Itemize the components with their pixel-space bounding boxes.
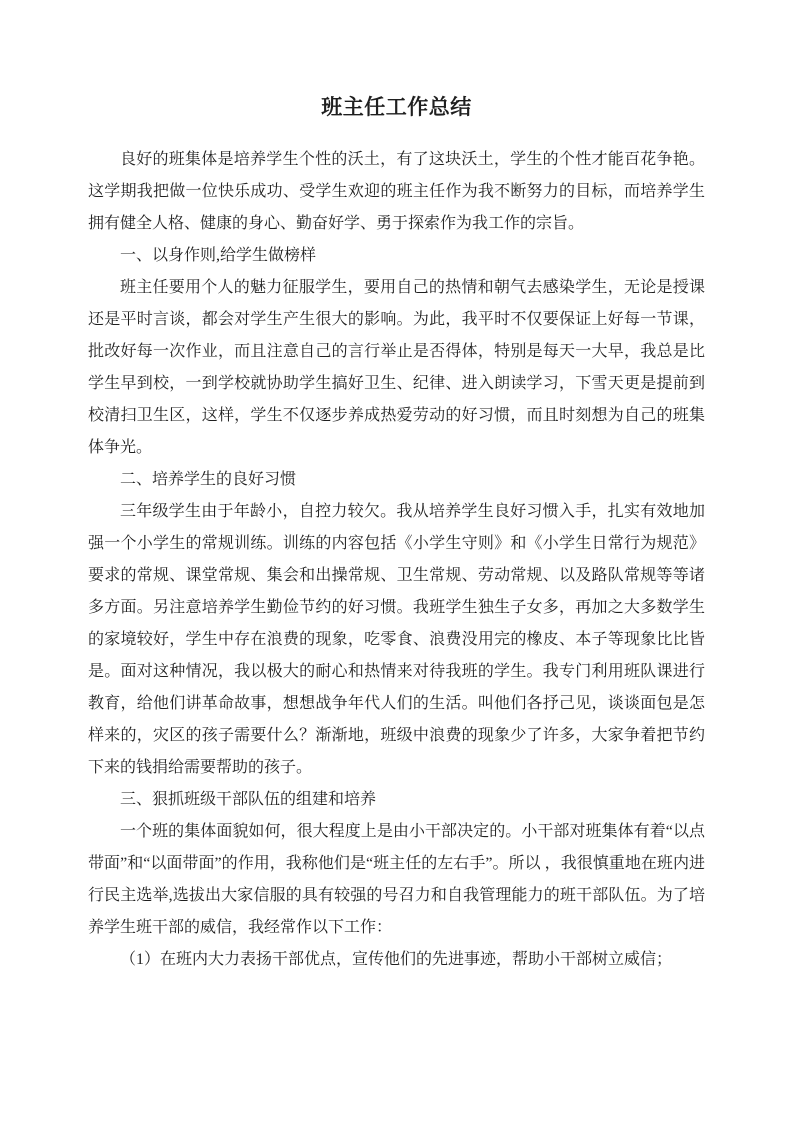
document-title: 班主任工作总结 — [88, 84, 705, 130]
paragraph: 一个班的集体面貌如何，很大程度上是由小干部决定的。小干部对班集体有着“以点带面”… — [88, 816, 705, 944]
paragraph: （1）在班内大力表扬干部优点，宣传他们的先进事迹，帮助小干部树立威信； — [88, 944, 705, 976]
document-page: 班主任工作总结 良好的班集体是培养学生个性的沃土，有了这块沃土，学生的个性才能百… — [0, 0, 793, 1122]
section-heading: 二、培养学生的良好习惯 — [88, 464, 705, 496]
paragraph: 班主任要用个人的魅力征服学生，要用自己的热情和朝气去感染学生，无论是授课还是平时… — [88, 272, 705, 464]
document-body: 良好的班集体是培养学生个性的沃土，有了这块沃土，学生的个性才能百花争艳。这学期我… — [88, 144, 705, 976]
paragraph: 良好的班集体是培养学生个性的沃土，有了这块沃土，学生的个性才能百花争艳。这学期我… — [88, 144, 705, 240]
section-heading: 三、狠抓班级干部队伍的组建和培养 — [88, 784, 705, 816]
section-heading: 一、以身作则,给学生做榜样 — [88, 240, 705, 272]
paragraph: 三年级学生由于年龄小，自控力较欠。我从培养学生良好习惯入手，扎实有效地加强一个小… — [88, 496, 705, 784]
